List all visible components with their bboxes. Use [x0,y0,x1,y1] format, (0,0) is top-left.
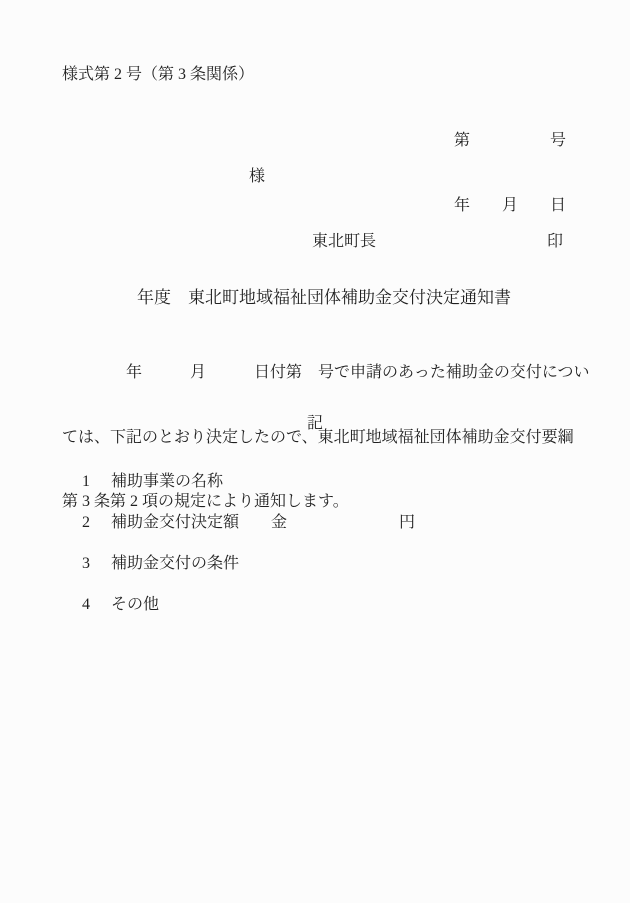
item-number: 3 [82,555,111,573]
document-number-line: 第 号 [454,130,566,152]
item-number: 2 [82,514,111,532]
body-line: 年 月 日付第 号で申請のあった補助金の交付につい [62,362,590,384]
item-label: 補助金交付決定額 金 円 [111,514,415,531]
item-label: 補助事業の名称 [111,473,223,490]
list-item: 4その他 [66,573,159,632]
document-page: 様式第 2 号（第 3 条関係） 第 号 年 月 日 様 東北町長 印 年度 東… [0,0,630,903]
item-label: その他 [111,596,159,613]
document-title: 年度 東北町地域福祉団体補助金交付決定通知書 [137,283,511,308]
item-number: 1 [82,473,111,491]
item-label: 補助金交付の条件 [111,555,239,572]
date-line: 年 月 日 [454,195,566,217]
seal-mark: 印 [547,228,563,251]
item-number: 4 [82,596,111,614]
sender-title: 東北町長 [312,228,376,251]
form-number: 様式第 2 号（第 3 条関係） [62,61,254,84]
ki-marker: 記 [0,410,630,433]
addressee-honorific: 様 [249,163,265,186]
